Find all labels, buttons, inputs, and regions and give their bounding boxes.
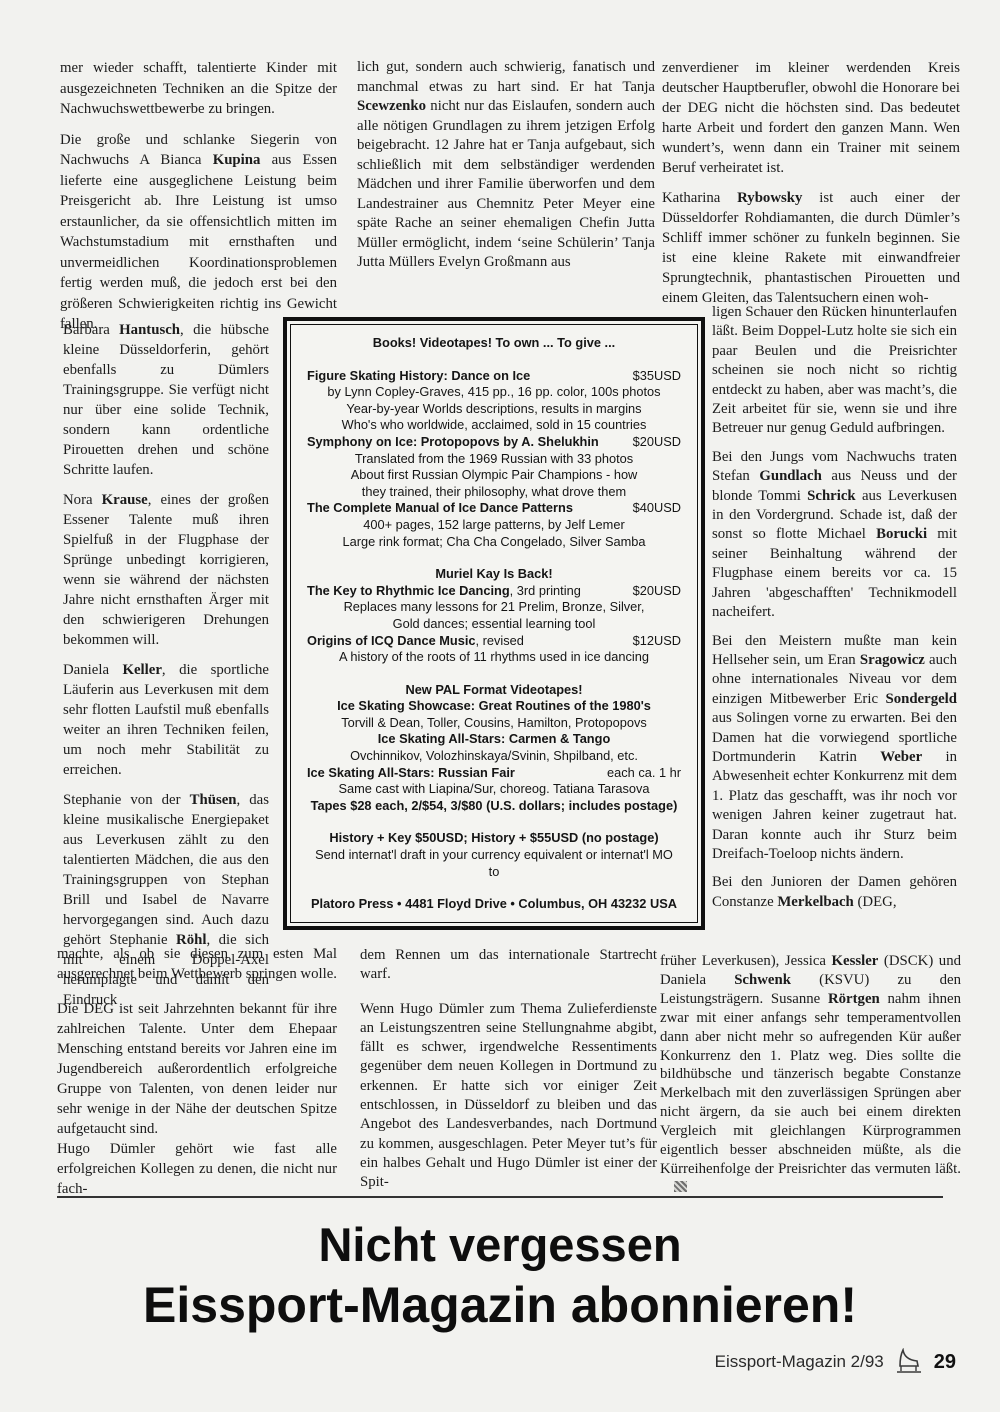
paragraph: Die große und schlanke Siegerin von Nach… bbox=[60, 130, 337, 335]
ad-item-line: Origins of ICQ Dance Music, revised$12US… bbox=[303, 633, 685, 650]
ad-text-line: Send internat'l draft in your currency e… bbox=[303, 847, 685, 864]
ad-text-line: 400+ pages, 152 large patterns, by Jelf … bbox=[303, 517, 685, 534]
paragraph: Bei den Meistern mußte man kein Hellsehe… bbox=[712, 632, 957, 865]
article-column-3-top: zenverdiener im kleiner werdenden Kreis … bbox=[662, 58, 960, 308]
paragraph: Barbara Hantusch, die hübsche kleine Düs… bbox=[63, 320, 269, 480]
ad-text-line: History + Key $50USD; History + $55USD (… bbox=[303, 830, 685, 847]
ad-spacer bbox=[303, 814, 685, 830]
ad-text-line: Replaces many lessons for 21 Prelim, Bro… bbox=[303, 599, 685, 616]
ad-item-line: The Complete Manual of Ice Dance Pattern… bbox=[303, 500, 685, 517]
ad-text-line: Year-by-year Worlds descriptions, result… bbox=[303, 401, 685, 418]
ad-text-line: Who's who worldwide, acclaimed, sold in … bbox=[303, 417, 685, 434]
paragraph: Bei den Jungs vom Nachwuchs traten Stefa… bbox=[712, 448, 957, 623]
article-column-1-top: mer wieder schafft, talentierte Kinder m… bbox=[60, 58, 337, 335]
ad-text-line: Platoro Press • 4481 Floyd Drive • Colum… bbox=[303, 896, 685, 913]
paragraph: Bei den Junioren der Damen gehören Const… bbox=[712, 873, 957, 912]
article-column-2-bottom: dem Rennen um das internationale Startre… bbox=[360, 946, 657, 1193]
paragraph: machte, als ob sie diesen zum esten Mal … bbox=[57, 944, 337, 984]
article-column-1-bottom: machte, als ob sie diesen zum esten Mal … bbox=[57, 944, 337, 1199]
page-number: 29 bbox=[934, 1351, 956, 1374]
article-column-3-middle: ligen Schauer den Rücken hinunterlaufen … bbox=[712, 303, 957, 912]
paragraph: Hugo Dümler gehört wie fast alle erfolgr… bbox=[57, 1139, 337, 1199]
ad-spacer bbox=[303, 666, 685, 682]
paragraph: ligen Schauer den Rücken hinunterlaufen … bbox=[712, 303, 957, 439]
article-column-3-bottom: früher Leverkusen), Jessica Kessler (DSC… bbox=[660, 952, 961, 1198]
ad-text-line: Same cast with Liapina/Sur, choreog. Tat… bbox=[303, 781, 685, 798]
paragraph: dem Rennen um das internationale Startre… bbox=[360, 946, 657, 985]
paragraph: zenverdiener im kleiner werdenden Kreis … bbox=[662, 58, 960, 178]
ad-text-line: Large rink format; Cha Cha Congelado, Si… bbox=[303, 534, 685, 551]
ad-text-line: Books! Videotapes! To own ... To give ..… bbox=[303, 335, 685, 352]
paragraph: Daniela Keller, die sportliche Läuferin … bbox=[63, 660, 269, 780]
ad-text-line: Gold dances; essential learning tool bbox=[303, 616, 685, 633]
ad-text-line: About first Russian Olympic Pair Champio… bbox=[303, 467, 685, 484]
paragraph: Wenn Hugo Dümler zum Thema Zulieferdiens… bbox=[360, 1000, 657, 1193]
ad-item-line: Symphony on Ice: Protopopovs by A. Shelu… bbox=[303, 434, 685, 451]
ad-spacer bbox=[303, 352, 685, 368]
article-column-2-top: lich gut, sondern auch schwierig, fanati… bbox=[357, 58, 655, 273]
subscription-promo-banner: Nicht vergessen Eissport-Magazin abonnie… bbox=[0, 1216, 1000, 1336]
ad-spacer bbox=[303, 550, 685, 566]
promo-line-1: Nicht vergessen bbox=[0, 1216, 1000, 1274]
ad-text-line: Ice Skating All-Stars: Carmen & Tango bbox=[303, 731, 685, 748]
ad-spacer bbox=[303, 880, 685, 896]
footer-magazine-title: Eissport-Magazin 2/93 bbox=[715, 1352, 884, 1372]
ad-text-line: Torvill & Dean, Toller, Cousins, Hamilto… bbox=[303, 715, 685, 732]
ad-text-line: New PAL Format Videotapes! bbox=[303, 682, 685, 699]
ad-text-line: Ice Skating Showcase: Great Routines of … bbox=[303, 698, 685, 715]
ad-item-line: Ice Skating All-Stars: Russian Faireach … bbox=[303, 765, 685, 782]
ad-item-line: Figure Skating History: Dance on Ice$35U… bbox=[303, 368, 685, 385]
paragraph: Nora Krause, eines der großen Essener Ta… bbox=[63, 490, 269, 650]
ad-text-line: A history of the roots of 11 rhythms use… bbox=[303, 649, 685, 666]
section-divider-rule bbox=[57, 1196, 943, 1198]
books-videotapes-ad-box: Books! Videotapes! To own ... To give ..… bbox=[283, 317, 705, 930]
magazine-page: mer wieder schafft, talentierte Kinder m… bbox=[0, 0, 1000, 1412]
ad-text-line: by Lynn Copley-Graves, 415 pp., 16 pp. c… bbox=[303, 384, 685, 401]
paragraph: lich gut, sondern auch schwierig, fanati… bbox=[357, 58, 655, 273]
ad-text-line: to bbox=[303, 864, 685, 881]
ad-text-line: Tapes $28 each, 2/$54, 3/$80 (U.S. dolla… bbox=[303, 798, 685, 815]
paragraph: Katharina Rybowsky ist auch einer der Dü… bbox=[662, 188, 960, 308]
ad-text-line: Muriel Kay Is Back! bbox=[303, 566, 685, 583]
ad-text-line: Ovchinnikov, Volozhinskaya/Svinin, Shpil… bbox=[303, 748, 685, 765]
paragraph: früher Leverkusen), Jessica Kessler (DSC… bbox=[660, 952, 961, 1198]
ad-text-line: they trained, their philosophy, what dro… bbox=[303, 484, 685, 501]
page-footer: Eissport-Magazin 2/93 29 bbox=[715, 1348, 956, 1376]
skate-logo-icon bbox=[893, 1348, 925, 1376]
paragraph: mer wieder schafft, talentierte Kinder m… bbox=[60, 58, 337, 120]
promo-line-2: Eissport-Magazin abonnieren! bbox=[0, 1274, 1000, 1336]
article-column-1-middle: Barbara Hantusch, die hübsche kleine Düs… bbox=[63, 320, 269, 1010]
ad-item-line: The Key to Rhythmic Ice Dancing, 3rd pri… bbox=[303, 583, 685, 600]
ad-box-content: Books! Videotapes! To own ... To give ..… bbox=[290, 324, 698, 923]
ad-text-line: Translated from the 1969 Russian with 33… bbox=[303, 451, 685, 468]
end-of-article-icon bbox=[674, 1181, 687, 1192]
paragraph: Die DEG ist seit Jahrzehnten bekannt für… bbox=[57, 999, 337, 1139]
